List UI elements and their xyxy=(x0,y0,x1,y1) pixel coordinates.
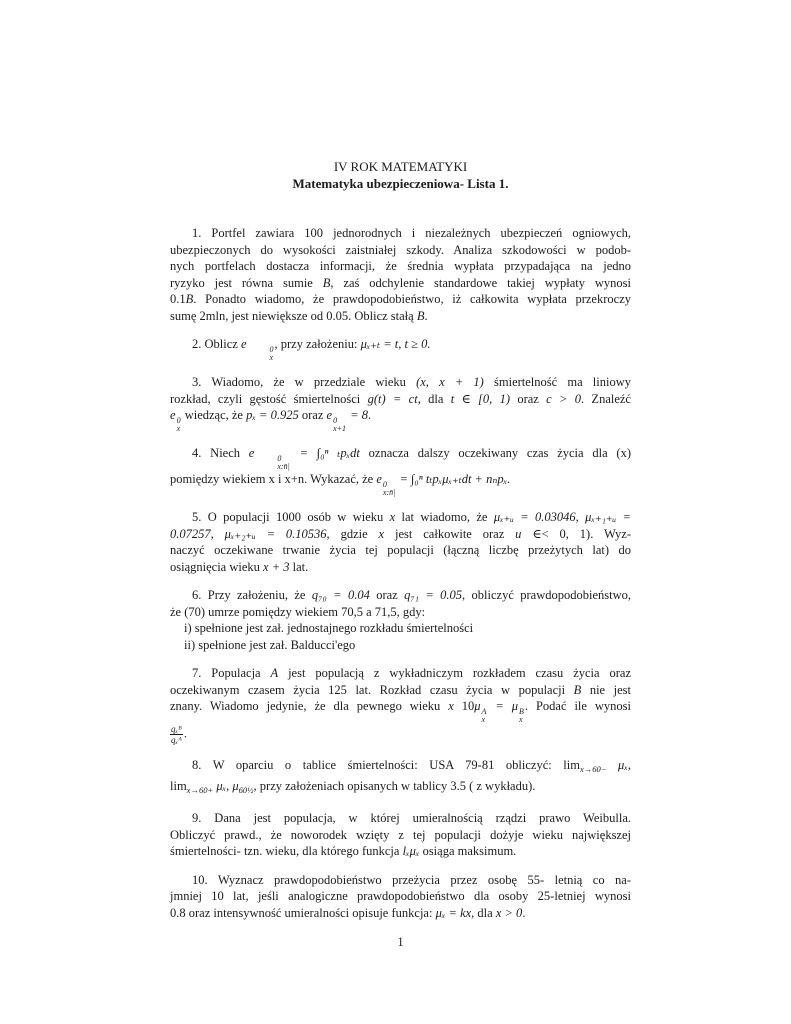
text-line: znany. Wiadomo jedynie, że dla pewnego w… xyxy=(170,698,631,724)
document-page: IV ROK MATEMATYKI Matematyka ubezpieczen… xyxy=(0,0,791,1024)
text-line: śmiertelności- tzn. wieku, dla którego f… xyxy=(170,843,631,860)
problem-4: 4. Niech e0x:n̄| = ∫₀ⁿ ₜpₓdt oznacza dal… xyxy=(170,445,631,497)
text-line: naczyć oczekiwane trwanie życia tej popu… xyxy=(170,542,631,559)
text-line: 6. Przy założeniu, że q₇₀ = 0.04 oraz q₇… xyxy=(170,587,631,604)
text-line: 3. Wiadomo, że w przedziale wieku (x, x … xyxy=(170,374,631,391)
text-line: 7. Populacja A jest populacją z wykładni… xyxy=(170,665,631,682)
text-line: oczekiwanym czasem życia 125 lat. Rozkła… xyxy=(170,682,631,699)
problem-8: 8. W oparciu o tablice śmiertelności: US… xyxy=(170,757,631,798)
problem-6: 6. Przy założeniu, że q₇₀ = 0.04 oraz q₇… xyxy=(170,587,631,653)
sup-sub-stack: 0x:n̄| xyxy=(383,481,395,497)
fraction: qₓᴮqₓᴬ xyxy=(170,724,183,745)
sup-sub-stack: Bx xyxy=(519,708,524,724)
sup-sub-stack: 0x:n̄| xyxy=(255,455,289,471)
text-line: 8. W oparciu o tablice śmiertelności: US… xyxy=(170,757,631,778)
text-line: sumę 2mln, jest niewiększe od 0.05. Obli… xyxy=(170,308,631,325)
problem-10: 10. Wyznacz prawdopodobieństwo przeżycia… xyxy=(170,872,631,922)
text-line: qₓᴮqₓᴬ. xyxy=(170,724,631,745)
sheet-subtitle: Matematyka ubezpieczeniowa- Lista 1. xyxy=(170,175,631,192)
problems-container: 1. Portfel zawiara 100 jednorodnych i ni… xyxy=(170,225,631,921)
text-line: 0.1B. Ponadto wiadomo, że prawdopodobień… xyxy=(170,291,631,308)
text-line: 5. O populacji 1000 osób w wieku x lat w… xyxy=(170,509,631,526)
title-block: IV ROK MATEMATYKI Matematyka ubezpieczen… xyxy=(170,158,631,192)
page-number: 1 xyxy=(170,935,631,950)
text-line: 4. Niech e0x:n̄| = ∫₀ⁿ ₜpₓdt oznacza dal… xyxy=(170,445,631,471)
problem-2: 2. Oblicz e0x, przy założeniu: μₓ₊ₜ = t,… xyxy=(170,336,631,362)
text-line: e0x wiedząc, że pₓ = 0.925 oraz e0x+1 = … xyxy=(170,407,631,433)
problem-3: 3. Wiadomo, że w przedziale wieku (x, x … xyxy=(170,374,631,433)
text-line: 10. Wyznacz prawdopodobieństwo przeżycia… xyxy=(170,872,631,889)
text-line: rozkład, czyli gęstość śmiertelności g(t… xyxy=(170,391,631,408)
text-line: nych portfelach dostacza informacji, że … xyxy=(170,258,631,275)
text-line: Obliczyć prawd., że noworodek wzięty z t… xyxy=(170,827,631,844)
text-line: ryzyko jest równa sumie B, zaś odchyleni… xyxy=(170,275,631,292)
text-line: ii) spełnione jest zał. Balducci'ego xyxy=(170,637,631,654)
text-line: 0.07257, μₓ₊₂₊ᵤ = 0.10536, gdzie x jest … xyxy=(170,526,631,543)
sup-sub-stack: 0x+1 xyxy=(333,417,346,433)
sup-sub-stack: 0x xyxy=(248,346,274,362)
problem-5: 5. O populacji 1000 osób w wieku x lat w… xyxy=(170,509,631,575)
text-line: jmniej 10 lat, jeśli analogiczne prawdop… xyxy=(170,888,631,905)
text-line: osiągnięcia wieku x + 3 lat. xyxy=(170,559,631,576)
text-line: 2. Oblicz e0x, przy założeniu: μₓ₊ₜ = t,… xyxy=(170,336,631,362)
problem-7: 7. Populacja A jest populacją z wykładni… xyxy=(170,665,631,745)
problem-1: 1. Portfel zawiara 100 jednorodnych i ni… xyxy=(170,225,631,324)
page-content: IV ROK MATEMATYKI Matematyka ubezpieczen… xyxy=(170,158,631,950)
text-line: że (70) umrze pomiędzy wiekiem 70,5 a 71… xyxy=(170,604,631,621)
text-line: 9. Dana jest populacja, w której umieral… xyxy=(170,810,631,827)
course-title: IV ROK MATEMATYKI xyxy=(170,158,631,175)
problem-9: 9. Dana jest populacja, w której umieral… xyxy=(170,810,631,860)
text-line: limx→60+ μₓ, μ60½, przy założeniach opis… xyxy=(170,778,631,799)
text-line: ubezpieczonych do wysokości zaistniałej … xyxy=(170,242,631,259)
text-line: 1. Portfel zawiara 100 jednorodnych i ni… xyxy=(170,225,631,242)
sup-sub-stack: 0x xyxy=(177,417,181,433)
text-line: 0.8 oraz intensywność umieralności opisu… xyxy=(170,905,631,922)
sup-sub-stack: Ax xyxy=(482,708,487,724)
text-line: pomiędzy wiekiem x i x+n. Wykazać, że e0… xyxy=(170,471,631,497)
text-line: i) spełnione jest zał. jednostajnego roz… xyxy=(170,620,631,637)
